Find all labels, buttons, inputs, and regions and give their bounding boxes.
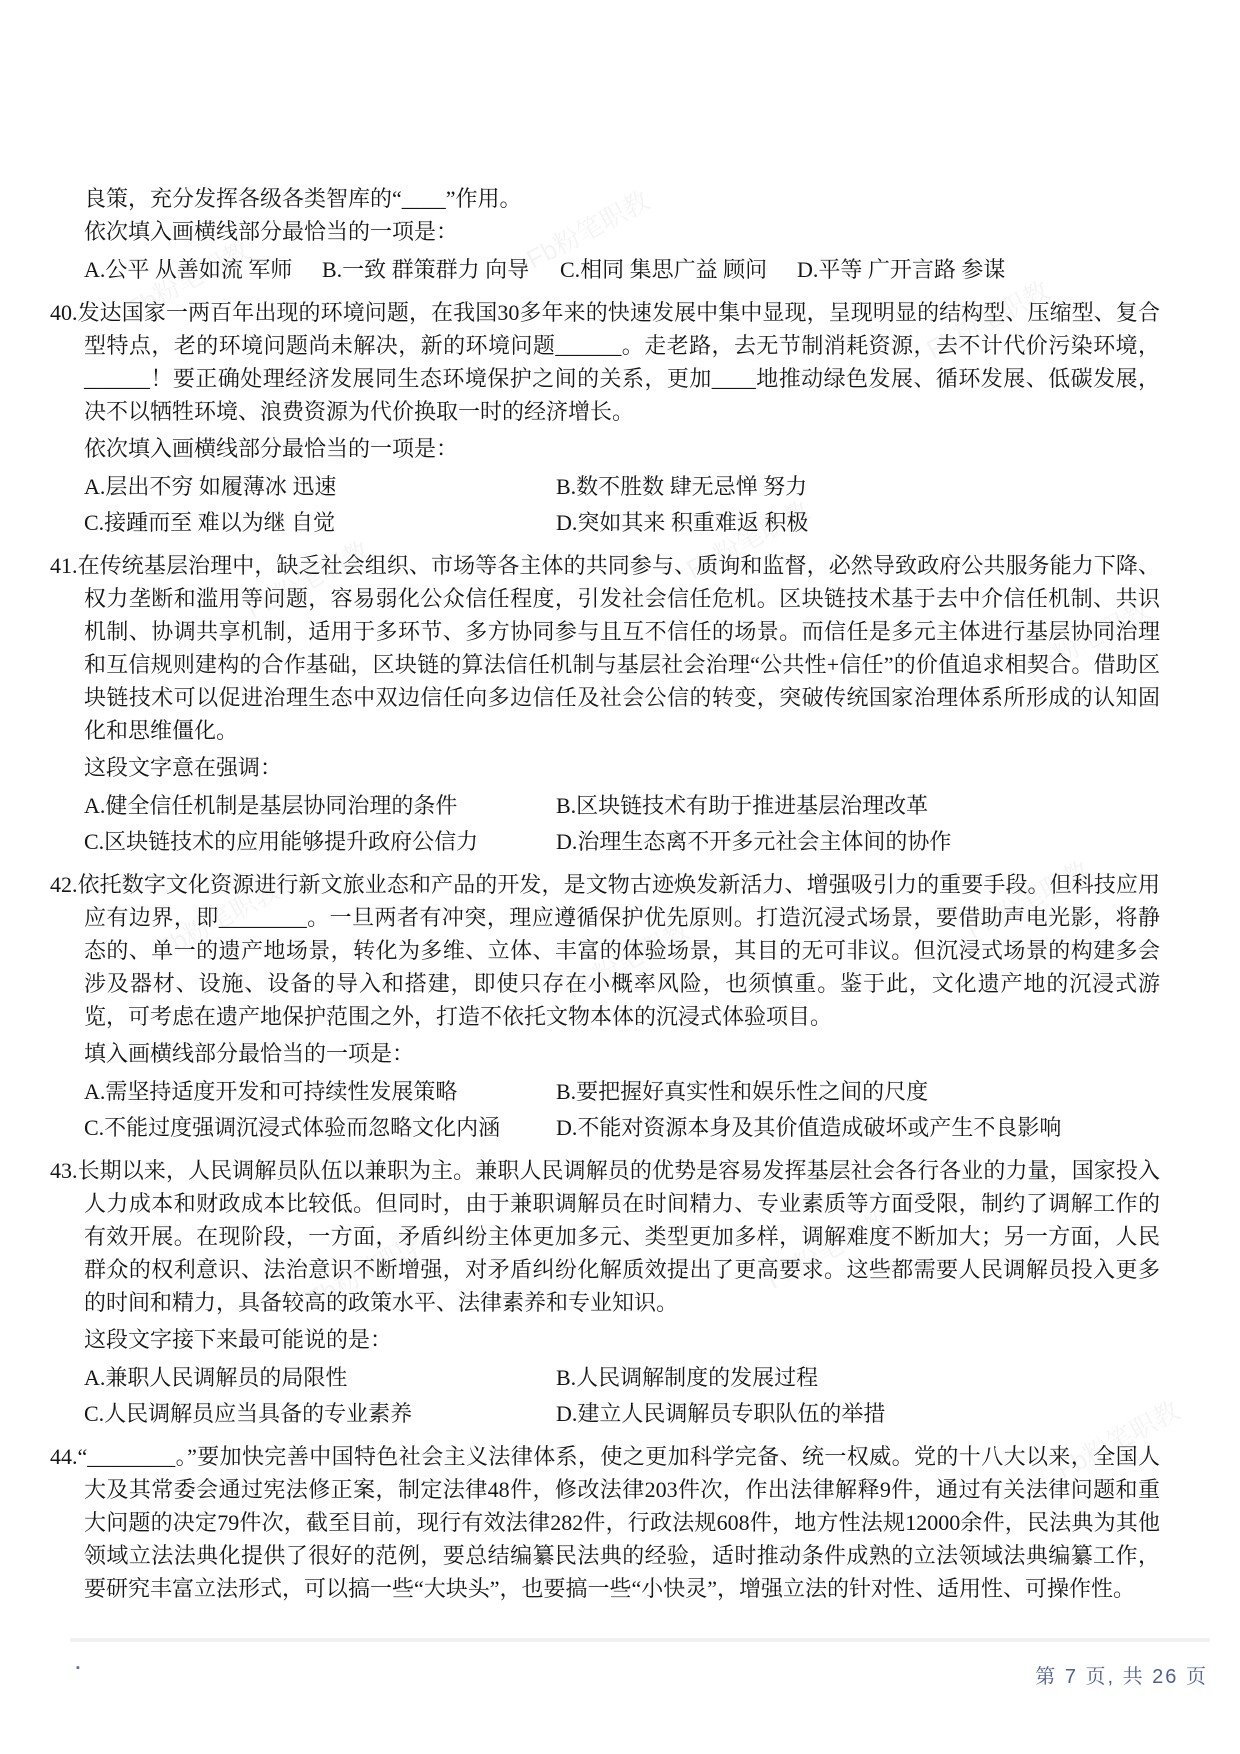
page-indicator: 第 7 页, 共 26 页 [1035,1660,1208,1689]
option-a: A.需坚持适度开发和可持续性发展策略 [84,1075,556,1108]
option-grid: A.需坚持适度开发和可持续性发展策略 B.要把握好真实性和娱乐性之间的尺度 C.… [84,1075,1160,1144]
question-paragraph: 42.依托数字文化资源进行新文旅业态和产品的开发，是文物古迹焕发新活力、增强吸引… [50,868,1160,1033]
option-b: B.要把握好真实性和娱乐性之间的尺度 [556,1075,1160,1108]
option-row: A.公平 从善如流 军师 B.一致 群策群力 向导 C.相同 集思广益 顾问 D… [84,253,1160,286]
question-number: 44. [50,1444,78,1469]
question-paragraph: 43.长期以来，人民调解员队伍以兼职为主。兼职人民调解员的优势是容易发挥基层社会… [50,1154,1160,1319]
footer-bullet: ▪ [76,1662,80,1674]
question-paragraph: 40.发达国家一两百年出现的环境问题，在我国30多年来的快速发展中集中显现，呈现… [50,296,1160,428]
option-c: C.相同 集思广益 顾问 [560,253,797,286]
option-c: C.区块链技术的应用能够提升政府公信力 [84,825,556,858]
question-39-continuation: 良策，充分发挥各级各类智库的“____”作用。 依次填入画横线部分最恰当的一项是… [50,182,1160,286]
question-prompt: 这段文字接下来最可能说的是： [84,1323,1160,1356]
question-43: 43.长期以来，人民调解员队伍以兼职为主。兼职人民调解员的优势是容易发挥基层社会… [50,1154,1160,1430]
question-number: 43. [50,1158,78,1183]
option-a: A.公平 从善如流 军师 [84,253,322,286]
question-44: 44.“________。”要加快完善中国特色社会主义法律体系，使之更加科学完备… [50,1440,1160,1605]
option-d: D.平等 广开言路 参谋 [797,253,1160,286]
question-body: 依托数字文化资源进行新文旅业态和产品的开发，是文物古迹焕发新活力、增强吸引力的重… [78,872,1161,1029]
question-prompt: 这段文字意在强调： [84,751,1160,784]
option-d: D.治理生态离不开多元社会主体间的协作 [556,825,1160,858]
option-d: D.建立人民调解员专职队伍的举措 [556,1397,1160,1430]
option-grid: A.兼职人民调解员的局限性 B.人民调解制度的发展过程 C.人民调解员应当具备的… [84,1361,1160,1430]
question-41: 41.在传统基层治理中，缺乏社会组织、市场等各主体的共同参与、质询和监督，必然导… [50,549,1160,858]
exam-page: Fb粉笔职教 Fb粉笔职教 Fb粉笔职教 Fb粉笔职教 Fb粉笔职教 Fb粉笔职… [0,0,1240,1754]
question-number: 41. [50,553,78,578]
option-b: B.区块链技术有助于推进基层治理改革 [556,789,1160,822]
option-grid: A.层出不穷 如履薄冰 迅速 B.数不胜数 肆无忌惮 努力 C.接踵而至 难以为… [84,470,1160,539]
option-b: B.人民调解制度的发展过程 [556,1361,1160,1394]
question-body-continuation: 良策，充分发挥各级各类智库的“____”作用。 [84,182,1160,215]
question-body: “________。”要加快完善中国特色社会主义法律体系，使之更加科学完备、统一… [78,1444,1161,1601]
question-40: 40.发达国家一两百年出现的环境问题，在我国30多年来的快速发展中集中显现，呈现… [50,296,1160,539]
question-paragraph: 44.“________。”要加快完善中国特色社会主义法律体系，使之更加科学完备… [50,1440,1160,1605]
question-prompt: 填入画横线部分最恰当的一项是： [84,1037,1160,1070]
page-content: 良策，充分发挥各级各类智库的“____”作用。 依次填入画横线部分最恰当的一项是… [50,182,1160,1615]
option-grid: A.健全信任机制是基层协同治理的条件 B.区块链技术有助于推进基层治理改革 C.… [84,789,1160,858]
question-paragraph: 41.在传统基层治理中，缺乏社会组织、市场等各主体的共同参与、质询和监督，必然导… [50,549,1160,747]
question-number: 40. [50,300,78,325]
question-42: 42.依托数字文化资源进行新文旅业态和产品的开发，是文物古迹焕发新活力、增强吸引… [50,868,1160,1144]
option-d: D.突如其来 积重难返 积极 [556,506,1160,539]
option-a: A.兼职人民调解员的局限性 [84,1361,556,1394]
question-number: 42. [50,872,78,897]
question-prompt: 依次填入画横线部分最恰当的一项是： [84,215,1160,248]
option-c: C.人民调解员应当具备的专业素养 [84,1397,556,1430]
option-b: B.一致 群策群力 向导 [322,253,560,286]
option-c: C.接踵而至 难以为继 自觉 [84,506,556,539]
question-body: 发达国家一两百年出现的环境问题，在我国30多年来的快速发展中集中显现，呈现明显的… [78,300,1161,424]
question-body: 在传统基层治理中，缺乏社会组织、市场等各主体的共同参与、质询和监督，必然导致政府… [78,553,1161,743]
option-a: A.层出不穷 如履薄冰 迅速 [84,470,556,503]
question-prompt: 依次填入画横线部分最恰当的一项是： [84,432,1160,465]
option-d: D.不能对资源本身及其价值造成破坏或产生不良影响 [556,1111,1160,1144]
option-b: B.数不胜数 肆无忌惮 努力 [556,470,1160,503]
question-body: 长期以来，人民调解员队伍以兼职为主。兼职人民调解员的优势是容易发挥基层社会各行各… [78,1158,1161,1315]
footer-divider [70,1638,1210,1642]
option-a: A.健全信任机制是基层协同治理的条件 [84,789,556,822]
option-c: C.不能过度强调沉浸式体验而忽略文化内涵 [84,1111,556,1144]
